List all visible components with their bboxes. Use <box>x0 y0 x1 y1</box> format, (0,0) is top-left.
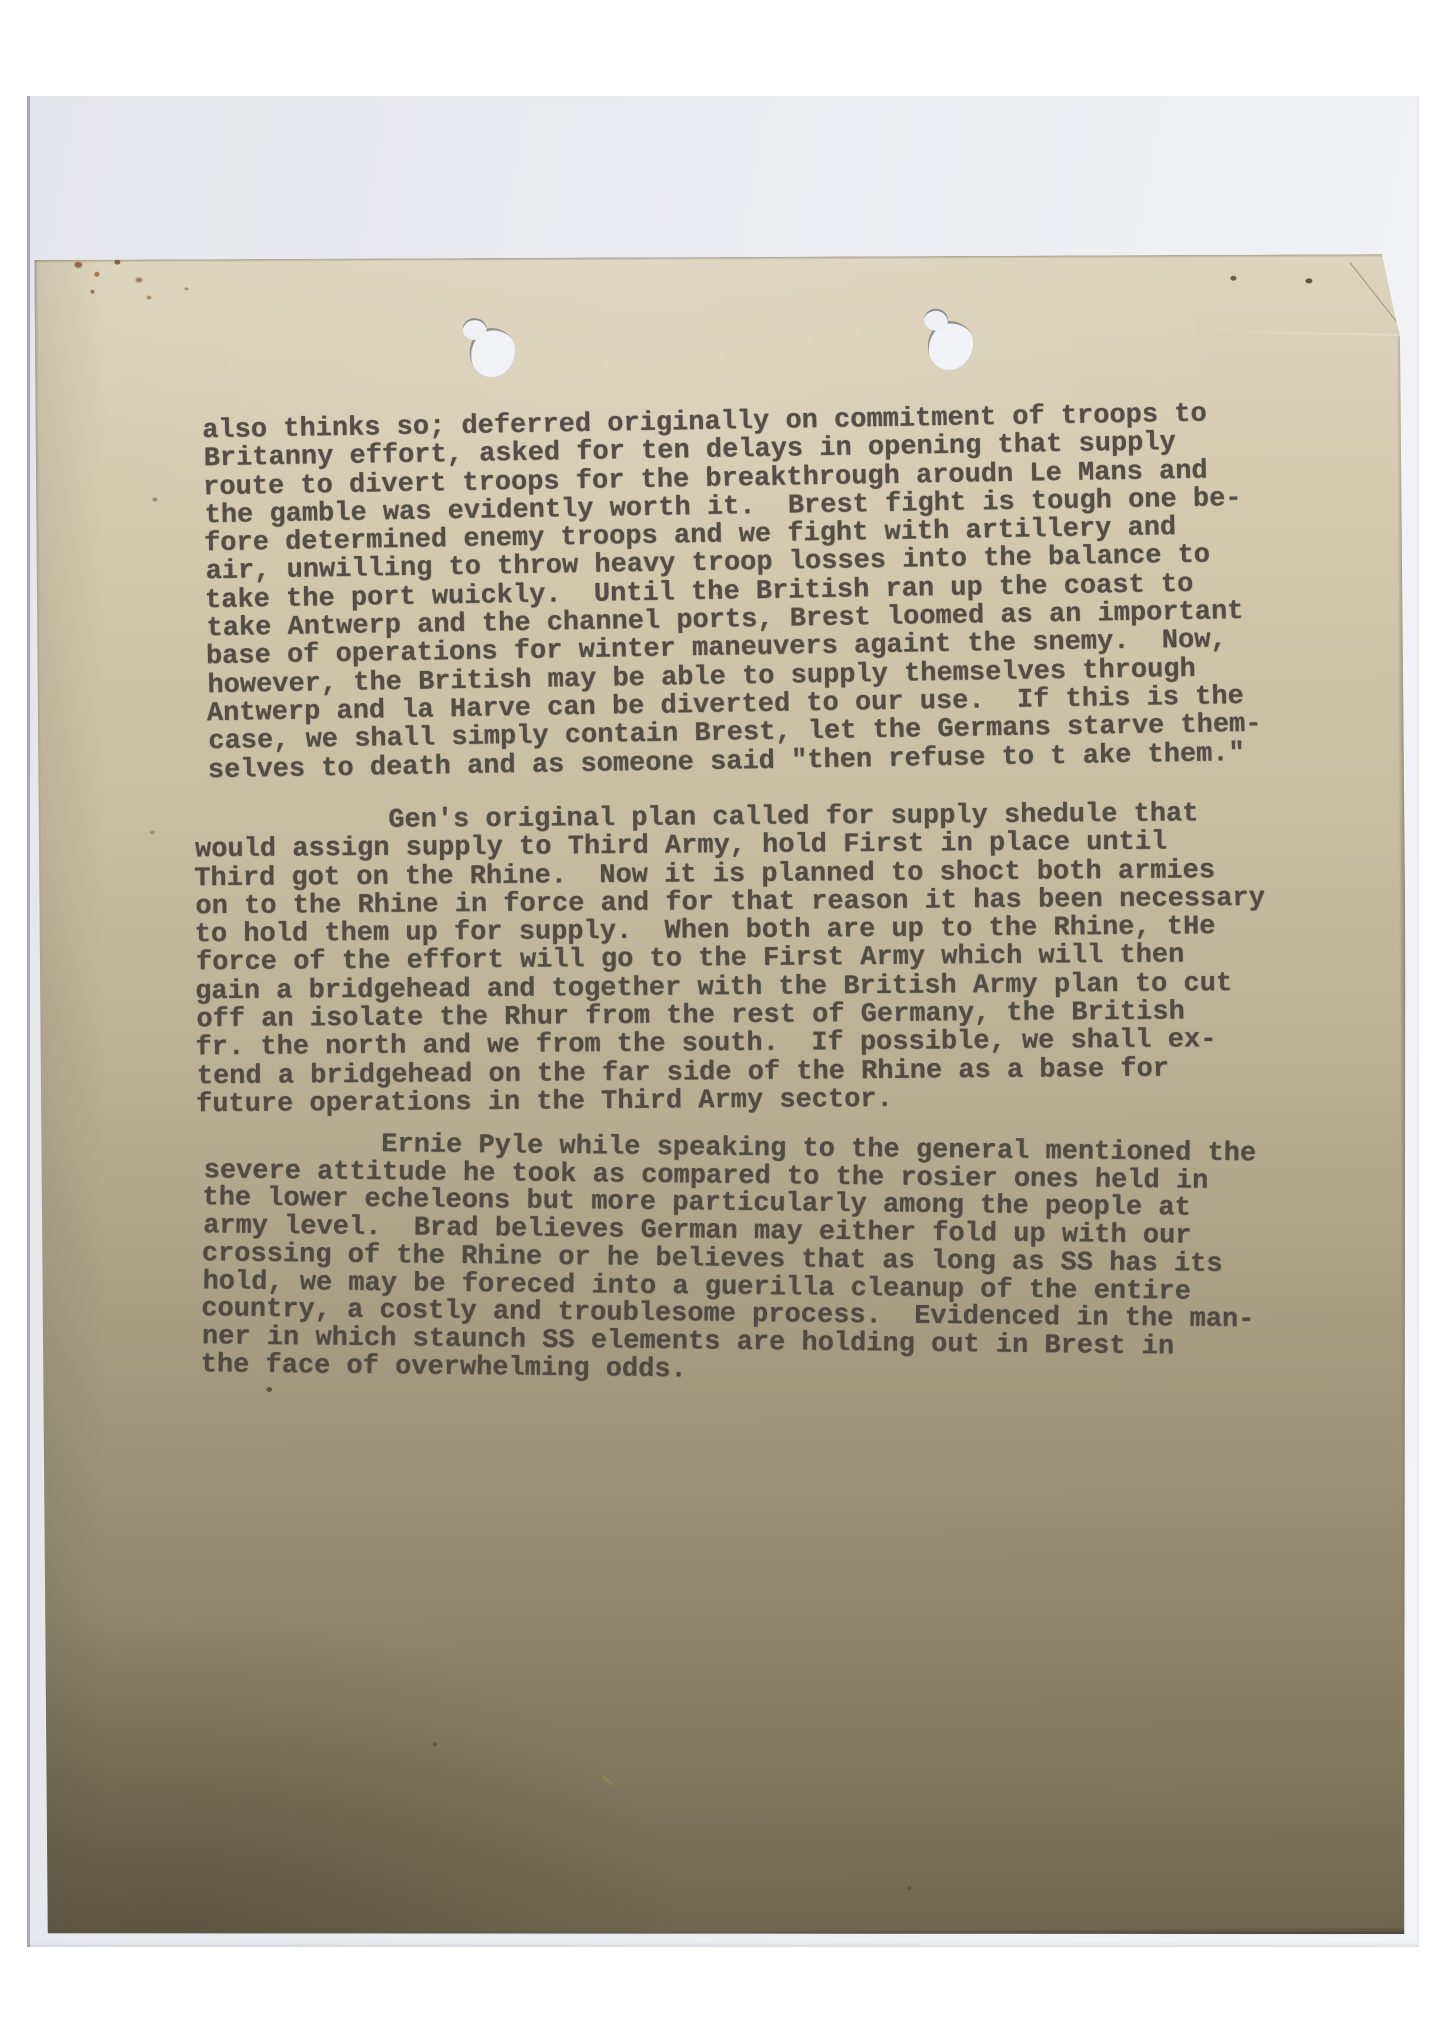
typed-paragraph-3: Ernie Pyle while speaking to the general… <box>201 1130 1257 1390</box>
stain-mark <box>184 287 188 290</box>
stain-mark <box>146 295 151 299</box>
typed-paragraph-2: Gen's original plan called for supply sh… <box>194 800 1266 1120</box>
ink-speck <box>1305 278 1312 283</box>
typed-paragraph-1: also thinks so; deferred originally on c… <box>202 400 1261 785</box>
punch-hole-left <box>470 328 516 378</box>
scan-scene: also thinks so; deferred originally on c… <box>0 0 1440 2038</box>
ink-speck <box>1230 276 1236 281</box>
document-page: also thinks so; deferred originally on c… <box>34 254 1409 1940</box>
crease-highlight <box>1195 331 1425 337</box>
paper-fiber <box>602 1776 613 1786</box>
stain-mark <box>90 290 94 294</box>
stain-mark <box>114 260 120 265</box>
stain-mark <box>135 278 142 283</box>
ink-speck <box>152 497 157 501</box>
ink-speck <box>433 1742 437 1746</box>
ink-speck <box>907 1886 911 1890</box>
ink-speck <box>266 1387 272 1392</box>
stain-mark <box>74 262 82 268</box>
ink-speck <box>150 830 155 834</box>
stain-mark <box>94 272 99 277</box>
punch-hole-right <box>925 318 977 374</box>
